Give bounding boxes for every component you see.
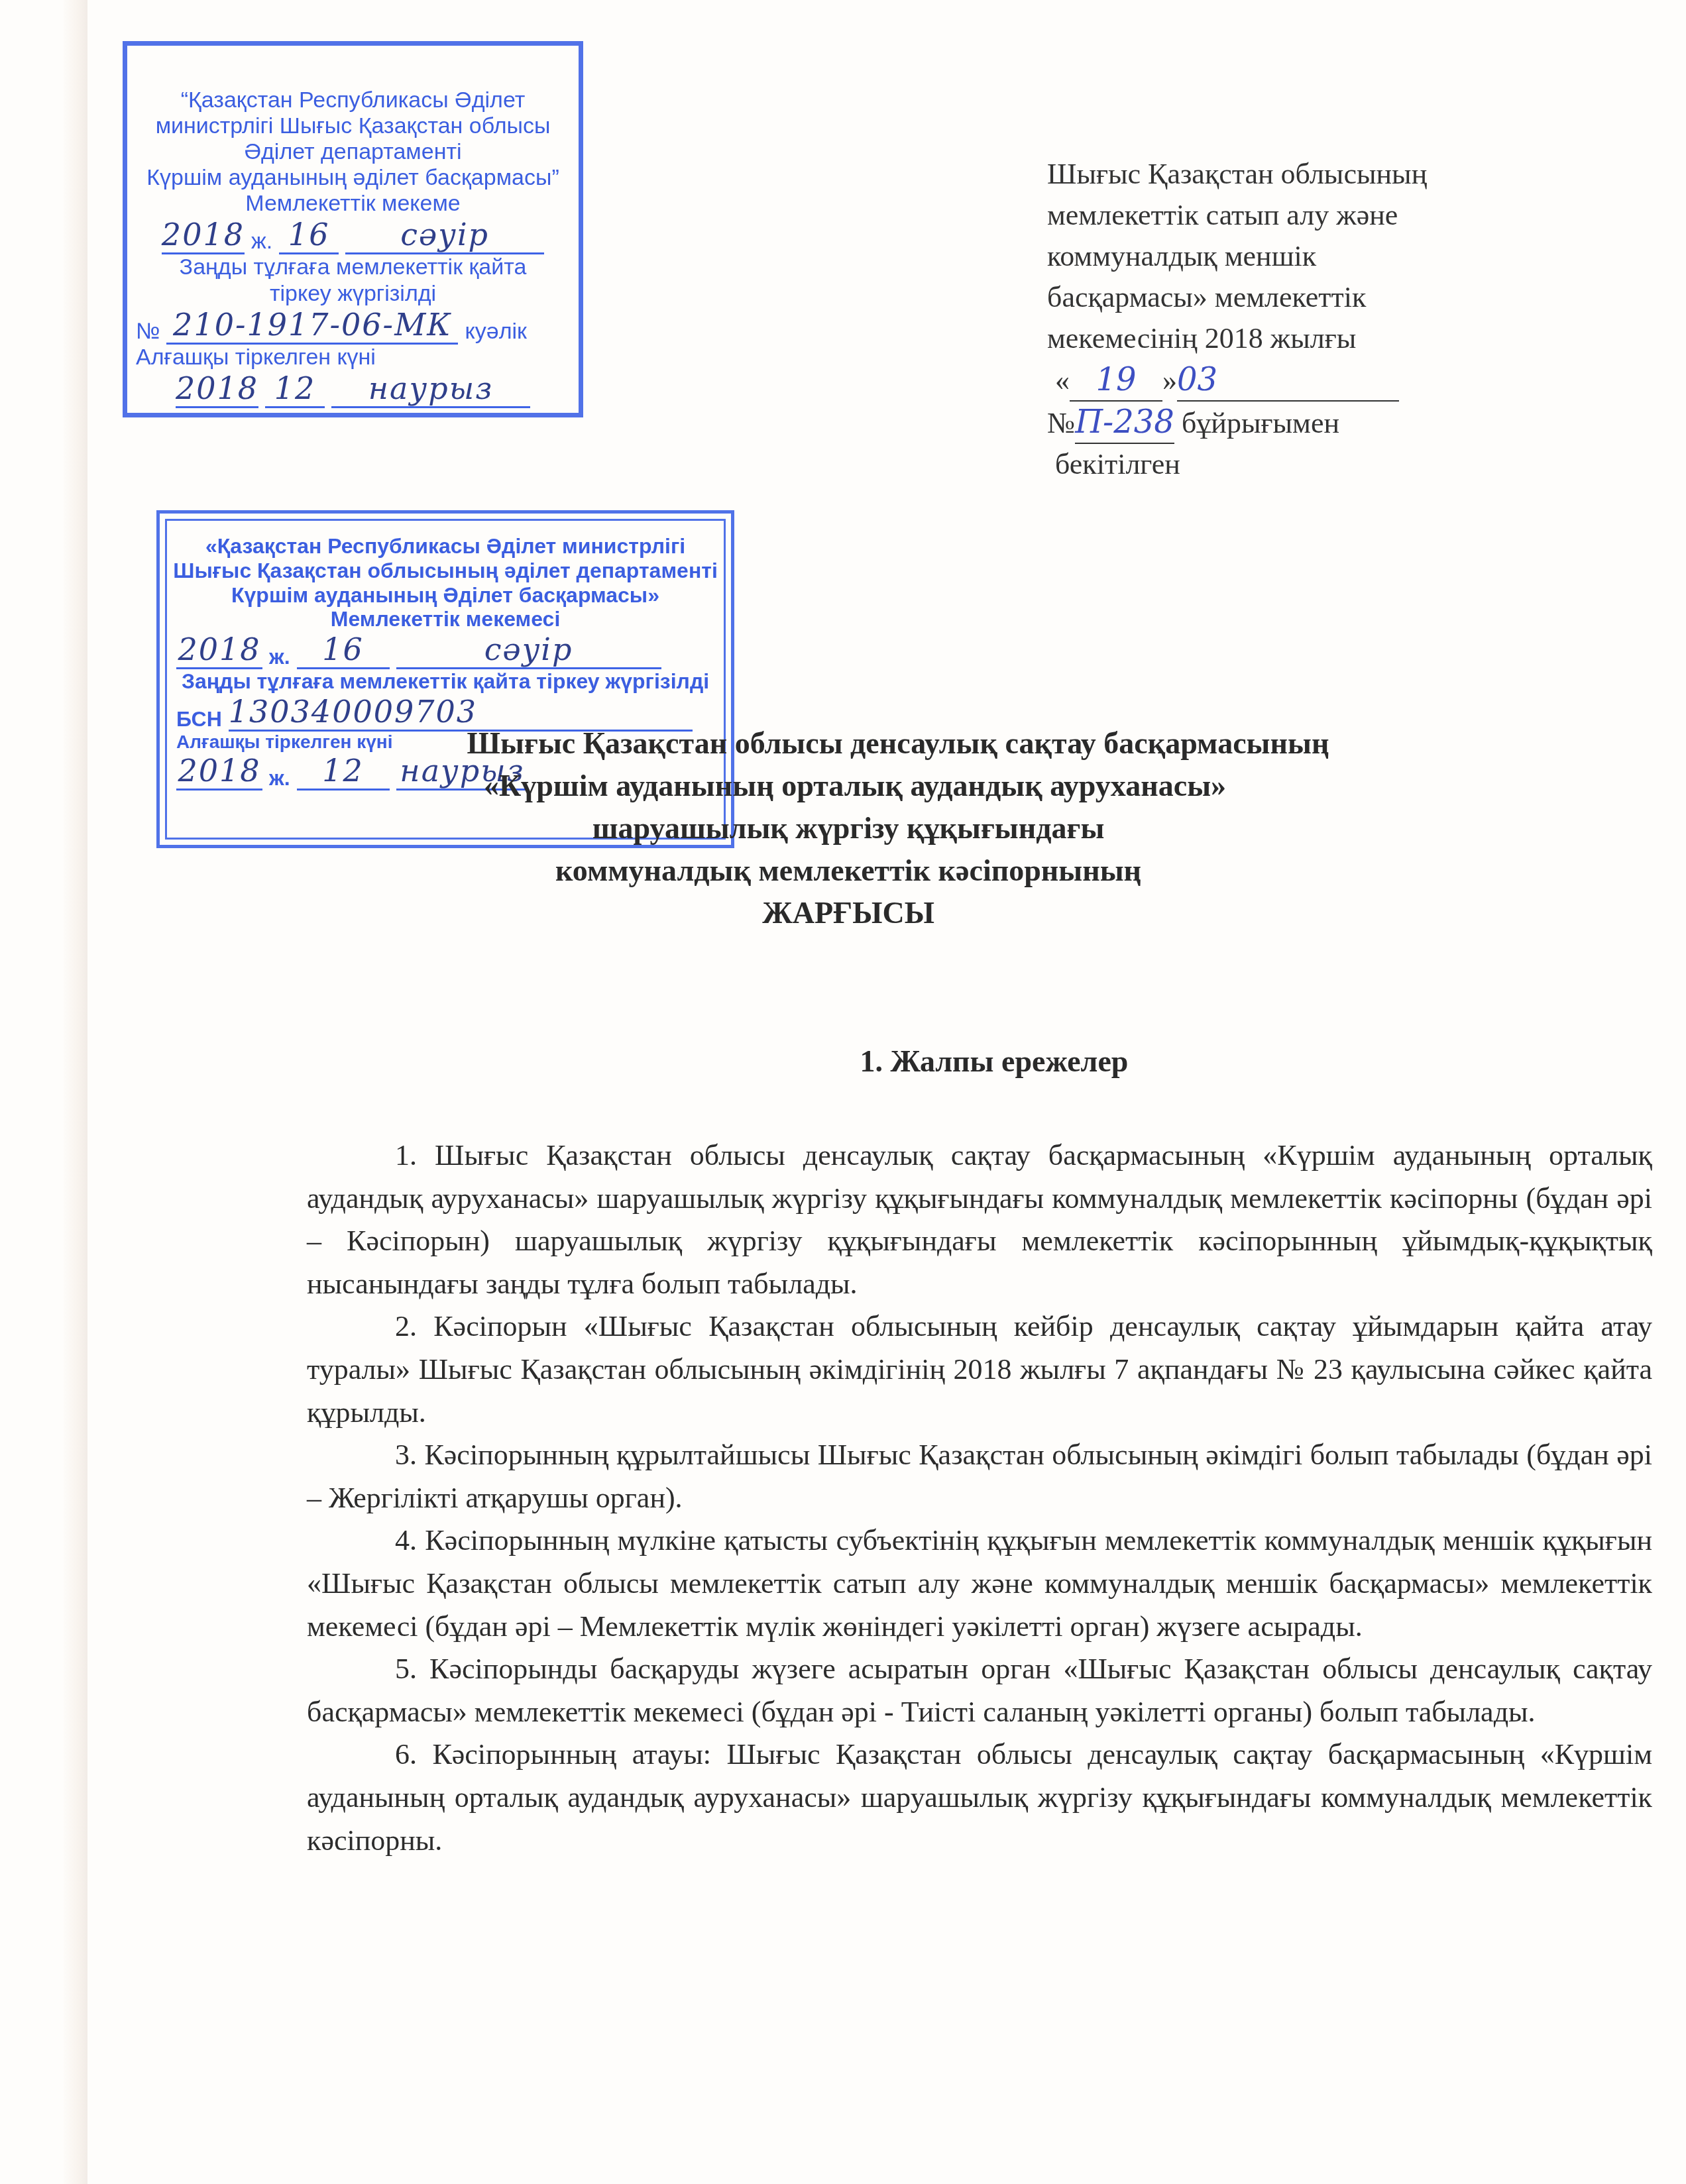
approved-label: бекітілген xyxy=(1047,444,1511,485)
approval-line: мемлекеттік сатып алу және xyxy=(1047,195,1511,236)
handwritten-day: 12 xyxy=(265,370,325,408)
handwritten-month: наурыз xyxy=(331,370,530,408)
title-line: шаруашылық жүргізу құқығындағы xyxy=(285,807,1412,849)
handwritten-day: 19 xyxy=(1070,359,1162,402)
certificate-suffix: куәлік xyxy=(465,319,526,345)
approval-line: басқармасы» мемлекеттік xyxy=(1047,277,1511,318)
bin-label: БСН xyxy=(176,707,222,732)
stamp-line: Күршім ауданының Әділет басқармасы» xyxy=(156,583,734,608)
open-quote: « xyxy=(1055,364,1070,397)
stamp-date-row: 2018 ж. 16 сәуір xyxy=(123,217,583,254)
paragraph: 1. Шығыс Қазақстан облысы денсаулық сақт… xyxy=(307,1134,1652,1305)
title-line: «Күршім ауданының орталық аудандық аурух… xyxy=(298,765,1412,807)
stamp-registration-line: тіркеу жүргізілді xyxy=(123,281,583,307)
stamp-registration-line: Заңды тұлғаға мемлекеттік қайта тіркеу ж… xyxy=(156,669,734,694)
document-body: 1. Шығыс Қазақстан облысы денсаулық сақт… xyxy=(307,1134,1652,1862)
stamp-line: «Қазақстан Республикасы Әділет министрлі… xyxy=(156,534,734,559)
stamp-certificate-row: № 210-1917-06-МК куәлік xyxy=(123,307,583,345)
handwritten-year: 2018 xyxy=(176,631,262,669)
approval-line: Шығыс Қазақстан облысының xyxy=(1047,154,1511,195)
paragraph: 6. Кәсіпорынның атауы: Шығыс Қазақстан о… xyxy=(307,1733,1652,1862)
stamp-line: Мемлекеттік мекемесі xyxy=(156,607,734,631)
stamp-date-row: 2018 ж. 16 сәуір xyxy=(156,631,734,669)
handwritten-month: сәуір xyxy=(345,217,544,254)
document-title: Шығыс Қазақстан облысы денсаулық сақтау … xyxy=(285,722,1412,934)
approval-order-row: №П-238 бұйрығымен xyxy=(1047,402,1511,444)
year-suffix: ж. xyxy=(251,229,272,254)
handwritten-order-number: П-238 xyxy=(1075,402,1174,444)
handwritten-year: 2018 xyxy=(162,217,245,254)
paragraph: 3. Кәсіпорынның құрылтайшысы Шығыс Қазақ… xyxy=(307,1434,1652,1519)
handwritten-month: 03 xyxy=(1177,359,1399,402)
stamp-line: министрлігі Шығыс Қазақстан облысы xyxy=(123,113,583,139)
number-sign: № xyxy=(1047,407,1075,439)
handwritten-day: 16 xyxy=(279,217,339,254)
title-line: коммуналдық мемлекеттік кәсіпорнының xyxy=(285,849,1412,892)
approval-date-row: «19»03 xyxy=(1047,359,1511,402)
paragraph: 4. Кәсіпорынның мүлкіне қатысты субъекті… xyxy=(307,1519,1652,1648)
stamp-line: Әділет департаменті xyxy=(123,139,583,165)
handwritten-certificate-number: 210-1917-06-МК xyxy=(166,307,458,345)
stamp-registration-line: Заңды тұлғаға мемлекеттік қайта xyxy=(123,254,583,280)
handwritten-year: 2018 xyxy=(176,370,258,408)
stamp-line: Шығыс Қазақстан облысының әділет департа… xyxy=(156,559,734,583)
section-heading: 1. Жалпы ережелер xyxy=(762,1044,1226,1079)
registration-stamp-top: “Қазақстан Республикасы Әділет министрлі… xyxy=(123,41,583,417)
order-suffix: бұйрығымен xyxy=(1182,407,1339,439)
approval-line: коммуналдық меншік xyxy=(1047,236,1511,277)
stamp-line: Күршім ауданының әділет басқармасы” xyxy=(123,165,583,191)
handwritten-month: сәуір xyxy=(396,631,661,669)
approval-block: Шығыс Қазақстан облысының мемлекеттік са… xyxy=(1047,154,1511,485)
paragraph: 5. Кәсіпорынды басқаруды жүзеге асыратын… xyxy=(307,1648,1652,1733)
first-registration-date-row: 2018 12 наурыз xyxy=(123,370,583,408)
stamp-line: “Қазақстан Республикасы Әділет xyxy=(123,87,583,113)
approval-line: мекемесінің 2018 жылғы xyxy=(1047,318,1511,359)
scan-edge-shadow xyxy=(64,0,87,2184)
year-suffix: ж. xyxy=(269,645,290,669)
title-line: Шығыс Қазақстан облысы денсаулық сақтау … xyxy=(384,722,1412,765)
close-quote: » xyxy=(1162,364,1177,397)
handwritten-day: 16 xyxy=(297,631,390,669)
number-sign: № xyxy=(136,319,160,345)
stamp-line: Мемлекеттік мекеме xyxy=(123,191,583,217)
handwritten-year: 2018 xyxy=(176,753,262,791)
first-registration-label: Алғашқы тіркелген күні xyxy=(123,345,583,370)
paragraph: 2. Кәсіпорын «Шығыс Қазақстан облысының … xyxy=(307,1305,1652,1434)
title-line: ЖАРҒЫСЫ xyxy=(285,892,1412,934)
